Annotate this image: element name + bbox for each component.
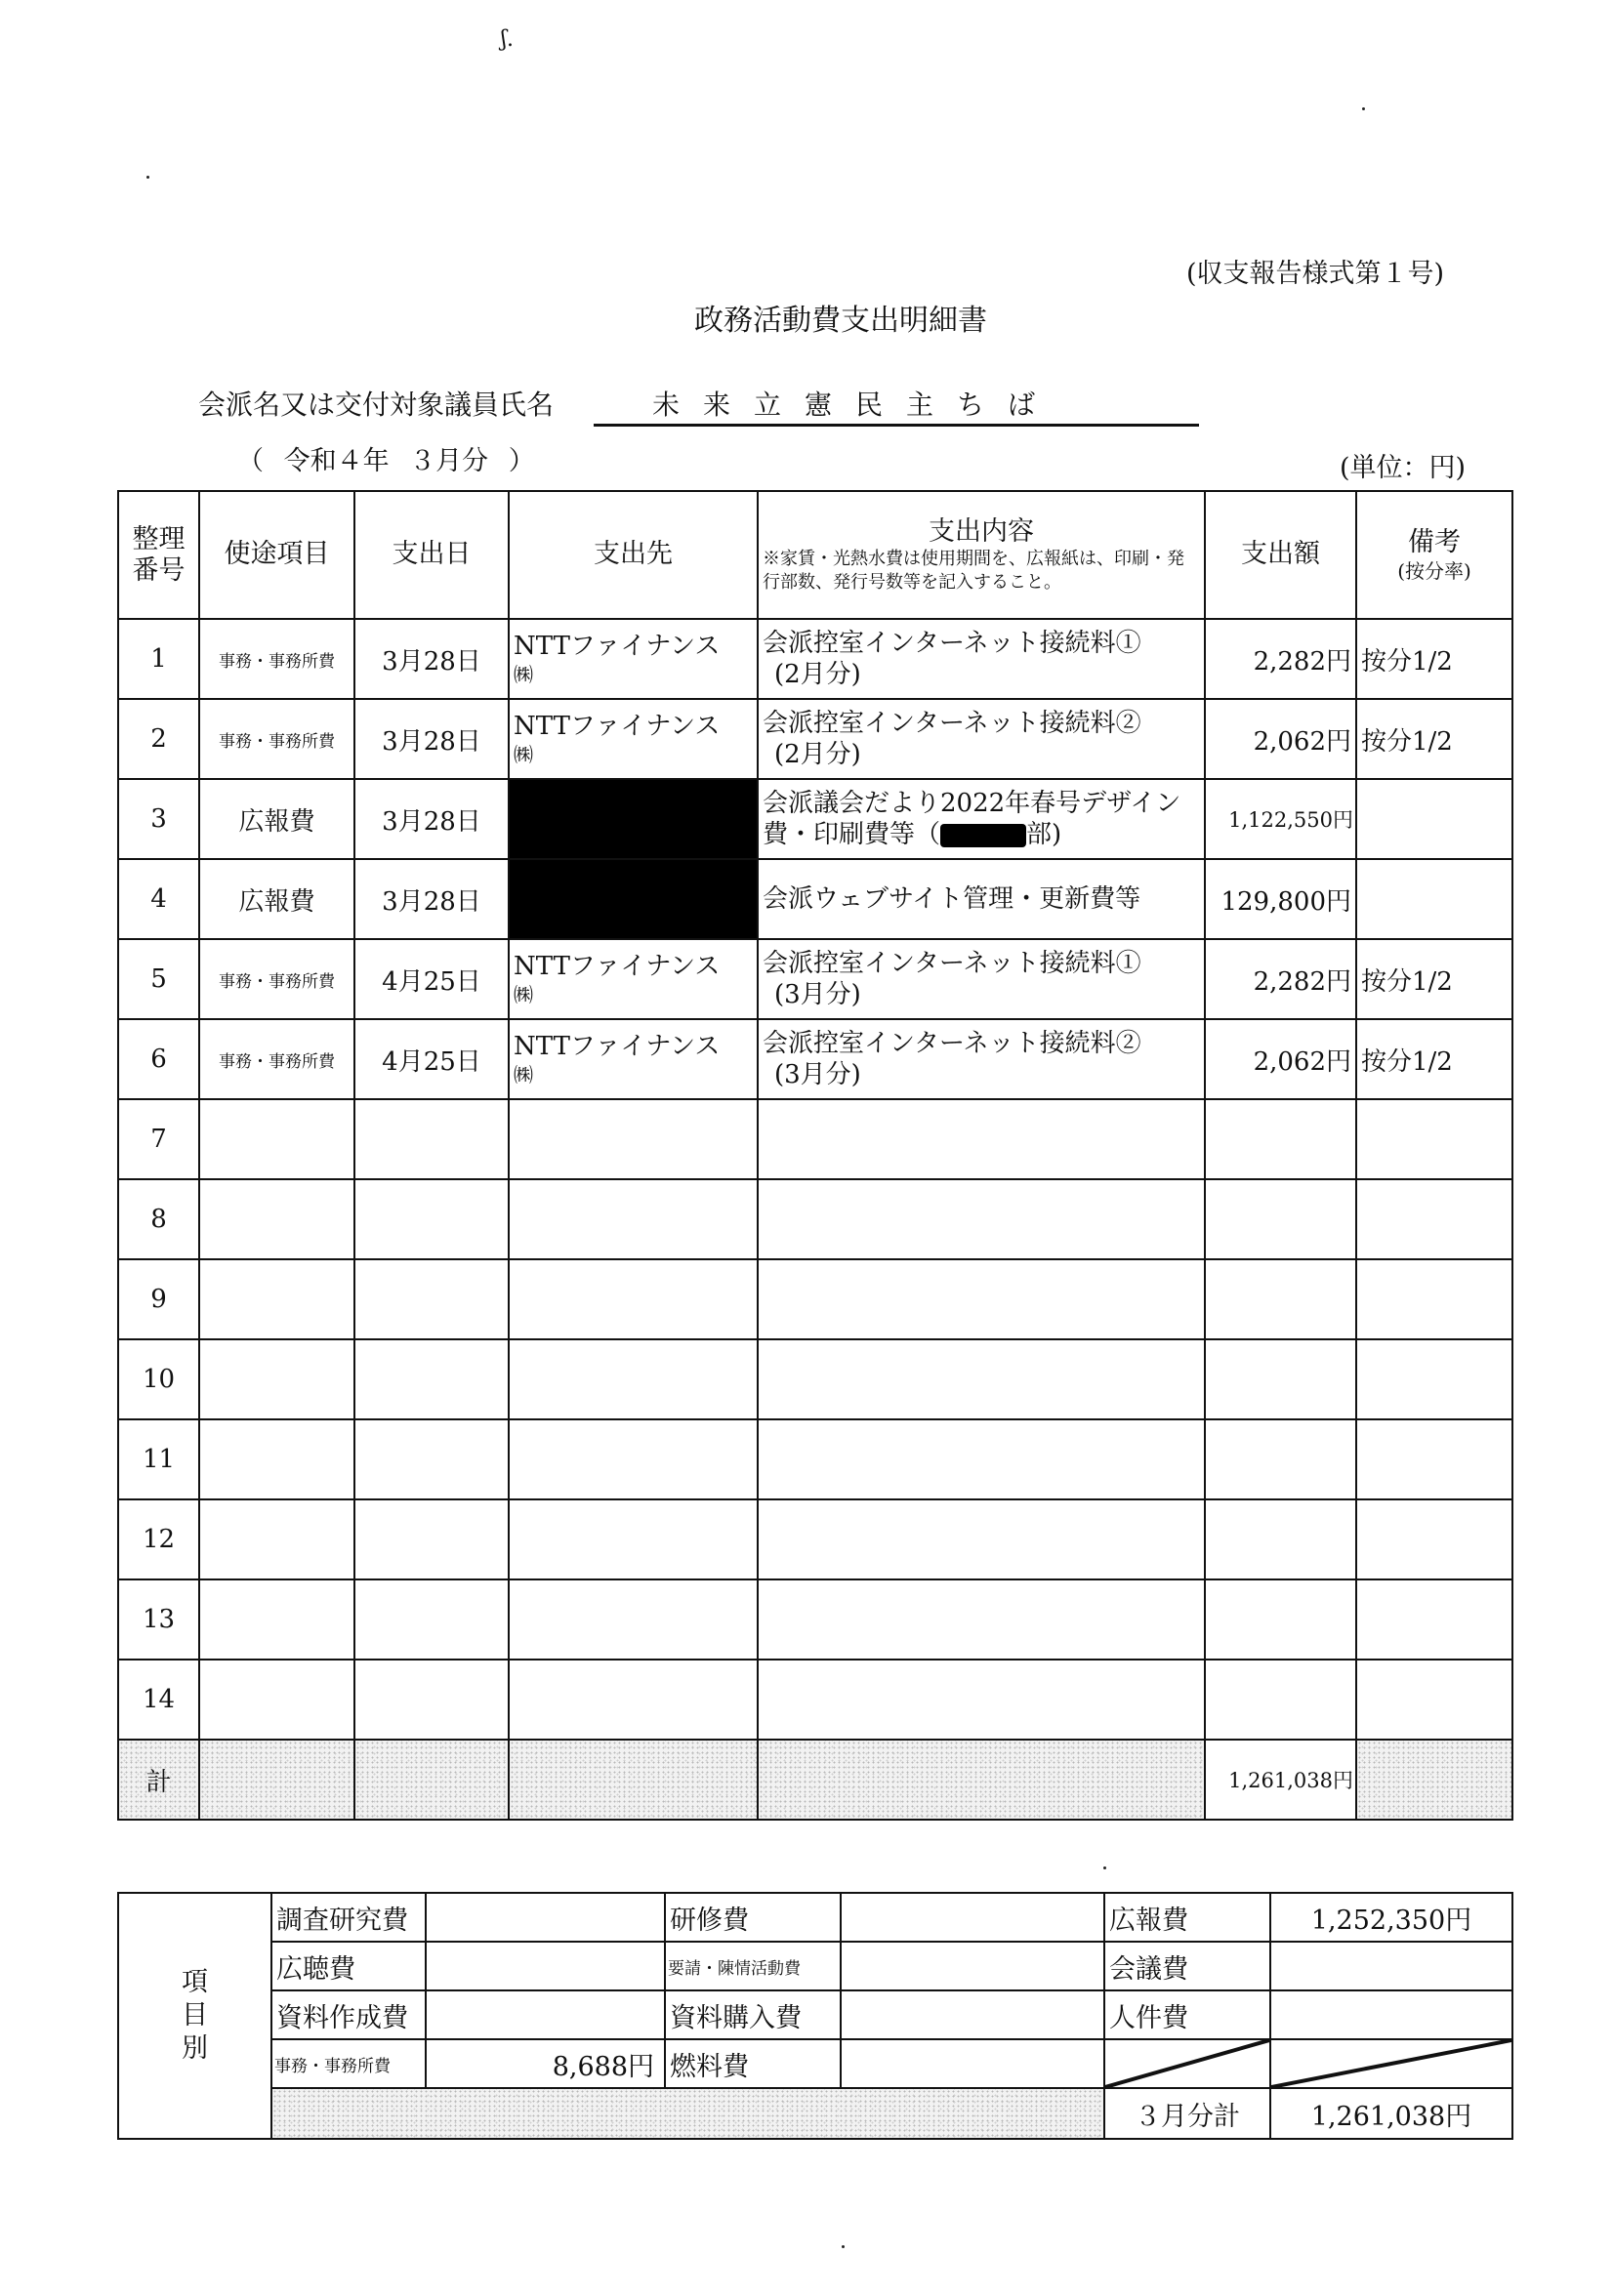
table-row: 14 — [118, 1660, 1512, 1740]
expense-content — [758, 1499, 1205, 1579]
apportion-note — [1356, 1419, 1512, 1499]
expense-content: 会派ウェブサイト管理・更新費等 — [758, 859, 1205, 939]
summary-value-research — [426, 1893, 665, 1942]
diagonal-strike-icon — [1105, 2040, 1269, 2087]
expense-content: 会派控室インターネット接続料①(3月分) — [758, 939, 1205, 1019]
content-sub: (2月分) — [763, 739, 1200, 771]
row-number: 13 — [118, 1579, 199, 1660]
expense-date — [354, 1660, 509, 1740]
payee: NTTファイナンス㈱ — [509, 939, 758, 1019]
payee — [509, 1499, 758, 1579]
payee — [509, 1259, 758, 1339]
row-number: 14 — [118, 1660, 199, 1740]
payee-corp-mark: ㈱ — [514, 1063, 753, 1086]
expense-content: 会派控室インターネット接続料②(2月分) — [758, 699, 1205, 779]
expense-amount: 2,062円 — [1205, 1019, 1356, 1099]
expense-amount — [1205, 1259, 1356, 1339]
payee — [509, 1419, 758, 1499]
row-number: 7 — [118, 1099, 199, 1179]
col-header-payee: 支出先 — [509, 491, 758, 619]
use-category — [199, 1099, 354, 1179]
total-cell-blank — [199, 1740, 354, 1820]
summary-label-hearing: 広聴費 — [271, 1942, 426, 1990]
scan-speck — [842, 2245, 845, 2248]
summary-label-personnel: 人件費 — [1104, 1990, 1270, 2039]
group-name: 未来立憲民主ちば — [594, 384, 1199, 427]
use-category: 事務・事務所費 — [199, 699, 354, 779]
summary-value-office: 8,688円 — [426, 2039, 665, 2088]
row-number: 9 — [118, 1259, 199, 1339]
content-sub: (2月分) — [763, 659, 1200, 691]
table-row: 11 — [118, 1419, 1512, 1499]
row-number: 8 — [118, 1179, 199, 1259]
expense-amount — [1205, 1660, 1356, 1740]
expense-amount — [1205, 1419, 1356, 1499]
payee-corp-mark: ㈱ — [514, 743, 753, 766]
expense-content — [758, 1419, 1205, 1499]
expense-amount: 2,282円 — [1205, 939, 1356, 1019]
use-category: 事務・事務所費 — [199, 939, 354, 1019]
payee — [509, 1579, 758, 1660]
apportion-note — [1356, 1660, 1512, 1740]
row-number: 5 — [118, 939, 199, 1019]
expense-date — [354, 1099, 509, 1179]
content-sub: (3月分) — [763, 979, 1200, 1011]
payee — [509, 1099, 758, 1179]
payee — [509, 1339, 758, 1419]
content-main: 会派ウェブサイト管理・更新費等 — [763, 883, 1200, 916]
summary-value-meeting — [1270, 1942, 1512, 1990]
table-row: 1事務・事務所費3月28日NTTファイナンス㈱会派控室インターネット接続料①(2… — [118, 619, 1512, 699]
summary-value-fuel — [841, 2039, 1104, 2088]
use-category — [199, 1259, 354, 1339]
col-header-use: 使途項目 — [199, 491, 354, 619]
col-header-note: 備考 (按分率) — [1356, 491, 1512, 619]
scan-speck — [146, 176, 149, 179]
total-cell-blank — [509, 1740, 758, 1820]
row-number: 1 — [118, 619, 199, 699]
payee-corp-mark: ㈱ — [514, 983, 753, 1006]
diagonal-strike-icon — [1271, 2040, 1511, 2087]
expense-content — [758, 1099, 1205, 1179]
use-category — [199, 1339, 354, 1419]
row-number: 12 — [118, 1499, 199, 1579]
use-category: 事務・事務所費 — [199, 1019, 354, 1099]
expense-date — [354, 1339, 509, 1419]
use-category — [199, 1419, 354, 1499]
expense-date — [354, 1259, 509, 1339]
summary-label-materials-make: 資料作成費 — [271, 1990, 426, 2039]
col-header-no: 整理 番号 — [118, 491, 199, 619]
payee: NTTファイナンス㈱ — [509, 1019, 758, 1099]
group-label: 会派名又は交付対象議員氏名 — [198, 384, 554, 423]
expense-date — [354, 1419, 509, 1499]
payee-redacted — [509, 859, 758, 939]
expense-content: 会派議会だより2022年春号デザイン費・印刷費等（部) — [758, 779, 1205, 859]
apportion-note — [1356, 1579, 1512, 1660]
scan-speck — [1103, 1866, 1106, 1869]
use-category: 事務・事務所費 — [199, 619, 354, 699]
expense-amount — [1205, 1099, 1356, 1179]
summary-label-office: 事務・事務所費 — [271, 2039, 426, 2088]
summary-blank-stippled — [271, 2088, 1104, 2139]
col-header-amount: 支出額 — [1205, 491, 1356, 619]
expense-content — [758, 1259, 1205, 1339]
summary-diagonal-cell — [1104, 2039, 1270, 2088]
use-category — [199, 1179, 354, 1259]
summary-diagonal-cell — [1270, 2039, 1512, 2088]
expense-date — [354, 1499, 509, 1579]
payee — [509, 1660, 758, 1740]
expense-amount — [1205, 1339, 1356, 1419]
expense-amount — [1205, 1579, 1356, 1660]
content-title: 支出内容 — [929, 516, 1034, 547]
expense-amount — [1205, 1499, 1356, 1579]
payee: NTTファイナンス㈱ — [509, 699, 758, 779]
document-title: 政務活動費支出明細書 — [0, 296, 1613, 339]
use-category — [199, 1499, 354, 1579]
table-row: 12 — [118, 1499, 1512, 1579]
expense-date: 3月28日 — [354, 619, 509, 699]
table-row: 9 — [118, 1259, 1512, 1339]
content-main: 会派控室インターネット接続料② — [763, 1028, 1200, 1060]
col-header-date: 支出日 — [354, 491, 509, 619]
content-sub-suffix: 部) — [1026, 820, 1061, 849]
payee-corp-mark: ㈱ — [514, 663, 753, 686]
row-number: 2 — [118, 699, 199, 779]
payee — [509, 1179, 758, 1259]
report-period: （ 令和４年 ３月分 ） — [237, 439, 535, 477]
expense-date — [354, 1179, 509, 1259]
content-main: 会派議会だより2022年春号デザイン — [763, 788, 1200, 820]
payee-name: NTTファイナンス — [514, 632, 753, 662]
content-main: 会派控室インターネット接続料① — [763, 948, 1200, 980]
expense-content — [758, 1179, 1205, 1259]
apportion-note — [1356, 1259, 1512, 1339]
row-number: 4 — [118, 859, 199, 939]
expense-date: 4月25日 — [354, 1019, 509, 1099]
expense-date: 4月25日 — [354, 939, 509, 1019]
apportion-note — [1356, 859, 1512, 939]
summary-side-label: 項 目 別 — [118, 1893, 271, 2139]
apportion-note: 按分1/2 — [1356, 699, 1512, 779]
summary-value-materials-buy — [841, 1990, 1104, 2039]
payee-name: NTTファイナンス — [514, 952, 753, 982]
summary-label-research: 調査研究費 — [271, 1893, 426, 1942]
summary-value-pr: 1,252,350円 — [1270, 1893, 1512, 1942]
row-number: 6 — [118, 1019, 199, 1099]
table-row: 7 — [118, 1099, 1512, 1179]
form-number: (収支報告様式第１号) — [1186, 252, 1444, 290]
expense-date: 3月28日 — [354, 779, 509, 859]
summary-label-meeting: 会議費 — [1104, 1942, 1270, 1990]
expense-content: 会派控室インターネット接続料①(2月分) — [758, 619, 1205, 699]
summary-value-training — [841, 1893, 1104, 1942]
note-sub: (按分率) — [1361, 559, 1508, 583]
use-category — [199, 1579, 354, 1660]
apportion-note — [1356, 1339, 1512, 1419]
table-row: 8 — [118, 1179, 1512, 1259]
expense-content: 会派控室インターネット接続料②(3月分) — [758, 1019, 1205, 1099]
expense-amount: 2,282円 — [1205, 619, 1356, 699]
summary-label-materials-buy: 資料購入費 — [665, 1990, 841, 2039]
redacted-count — [940, 824, 1026, 847]
summary-month-total-label: ３月分計 — [1104, 2088, 1270, 2139]
total-row: 計 1,261,038円 — [118, 1740, 1512, 1820]
summary-value-personnel — [1270, 1990, 1512, 2039]
row-number: 10 — [118, 1339, 199, 1419]
use-category: 広報費 — [199, 779, 354, 859]
content-sub: (3月分) — [763, 1059, 1200, 1091]
expense-date — [354, 1579, 509, 1660]
category-summary-table: 項 目 別 調査研究費 研修費 広報費 1,252,350円 広聴費 要請・陳情… — [117, 1892, 1513, 2140]
apportion-note: 按分1/2 — [1356, 1019, 1512, 1099]
content-main: 会派控室インターネット接続料② — [763, 708, 1200, 740]
note-title: 備考 — [1408, 527, 1461, 557]
expenditure-table: 整理 番号 使途項目 支出日 支出先 支出内容 ※家賃・光熱水費は使用期間を、広… — [117, 490, 1513, 1821]
summary-value-hearing — [426, 1942, 665, 1990]
summary-label-training: 研修費 — [665, 1893, 841, 1942]
content-sub: 費・印刷費等（ — [763, 820, 940, 849]
apportion-note — [1356, 1499, 1512, 1579]
apportion-note — [1356, 779, 1512, 859]
table-row: 6事務・事務所費4月25日NTTファイナンス㈱会派控室インターネット接続料②(3… — [118, 1019, 1512, 1099]
content-main: 会派控室インターネット接続料① — [763, 628, 1200, 660]
use-category — [199, 1660, 354, 1740]
table-row: 2事務・事務所費3月28日NTTファイナンス㈱会派控室インターネット接続料②(2… — [118, 699, 1512, 779]
summary-value-petition — [841, 1942, 1104, 1990]
total-cell-blank — [758, 1740, 1205, 1820]
table-row: 10 — [118, 1339, 1512, 1419]
table-header-row: 整理 番号 使途項目 支出日 支出先 支出内容 ※家賃・光熱水費は使用期間を、広… — [118, 491, 1512, 619]
expense-amount: 1,122,550円 — [1205, 779, 1356, 859]
expense-amount: 129,800円 — [1205, 859, 1356, 939]
payee: NTTファイナンス㈱ — [509, 619, 758, 699]
scan-speck — [1362, 107, 1365, 110]
summary-label-fuel: 燃料費 — [665, 2039, 841, 2088]
expense-date: 3月28日 — [354, 859, 509, 939]
apportion-note — [1356, 1099, 1512, 1179]
col-header-content: 支出内容 ※家賃・光熱水費は使用期間を、広報紙は、印刷・発行部数、発行号数等を記… — [758, 491, 1205, 619]
row-number: 11 — [118, 1419, 199, 1499]
payee-redacted — [509, 779, 758, 859]
unit-label: (単位：円) — [1340, 446, 1466, 484]
payee-name: NTTファイナンス — [514, 1032, 753, 1062]
total-amount: 1,261,038円 — [1205, 1740, 1356, 1820]
scan-mark: ʃ. — [501, 27, 514, 52]
expense-content — [758, 1339, 1205, 1419]
content-note: ※家賃・光熱水費は使用期間を、広報紙は、印刷・発行部数、発行号数等を記入すること… — [763, 548, 1200, 594]
expense-content — [758, 1660, 1205, 1740]
total-label: 計 — [118, 1740, 199, 1820]
summary-month-total-value: 1,261,038円 — [1270, 2088, 1512, 2139]
total-cell-blank — [354, 1740, 509, 1820]
summary-value-materials-make — [426, 1990, 665, 2039]
summary-label-pr: 広報費 — [1104, 1893, 1270, 1942]
apportion-note: 按分1/2 — [1356, 619, 1512, 699]
table-row: 4広報費3月28日会派ウェブサイト管理・更新費等129,800円 — [118, 859, 1512, 939]
expense-amount: 2,062円 — [1205, 699, 1356, 779]
table-row: 5事務・事務所費4月25日NTTファイナンス㈱会派控室インターネット接続料①(3… — [118, 939, 1512, 1019]
row-number: 3 — [118, 779, 199, 859]
summary-label-petition: 要請・陳情活動費 — [665, 1942, 841, 1990]
expense-content — [758, 1579, 1205, 1660]
total-cell-blank — [1356, 1740, 1512, 1820]
use-category: 広報費 — [199, 859, 354, 939]
apportion-note: 按分1/2 — [1356, 939, 1512, 1019]
table-row: 13 — [118, 1579, 1512, 1660]
table-row: 3広報費3月28日会派議会だより2022年春号デザイン費・印刷費等（部)1,12… — [118, 779, 1512, 859]
payee-name: NTTファイナンス — [514, 712, 753, 742]
expense-date: 3月28日 — [354, 699, 509, 779]
apportion-note — [1356, 1179, 1512, 1259]
expense-amount — [1205, 1179, 1356, 1259]
